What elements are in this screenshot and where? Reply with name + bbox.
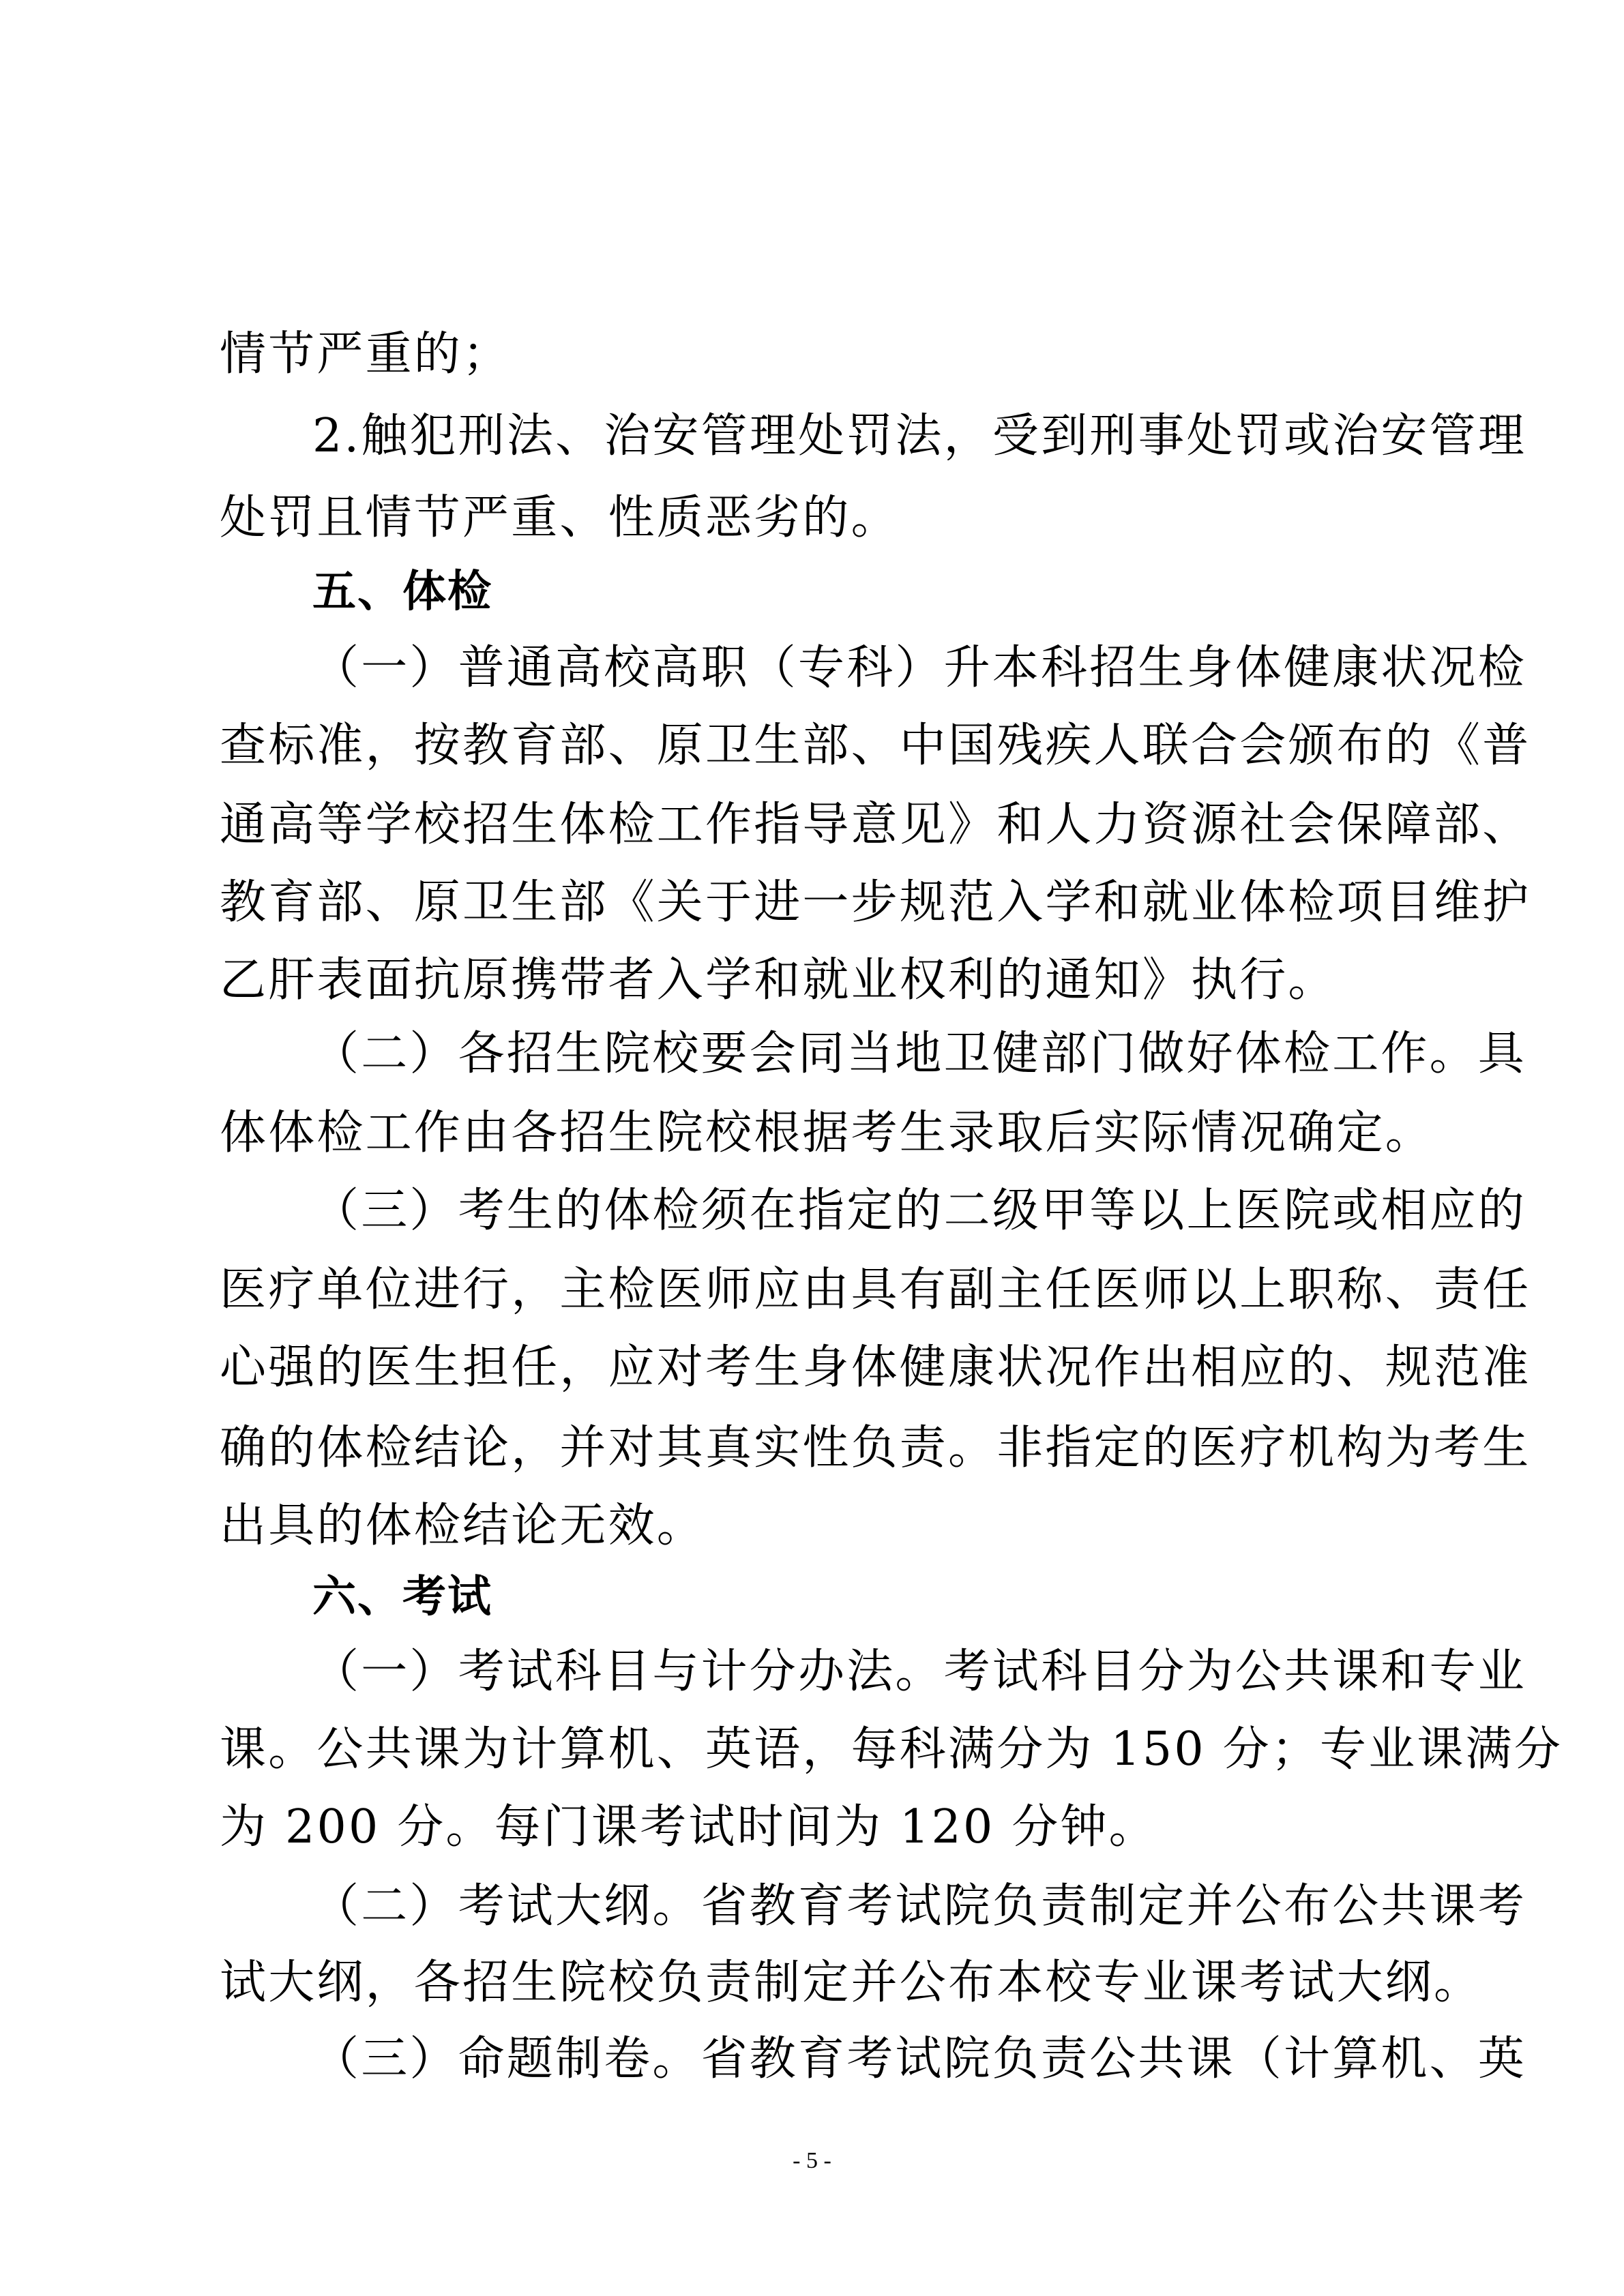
section-heading-physical-exam: 五、体检 (312, 565, 492, 619)
body-text-line: 确的体检结论，并对其真实性负责。非指定的医疗机构为考生 (220, 1421, 1420, 1476)
body-text-line: 通高等学校招生体检工作指导意见》和人力资源社会保障部、 (220, 798, 1420, 852)
body-text-line: 试大纲，各招生院校负责制定并公布本校专业课考试大纲。 (220, 1956, 1420, 2010)
body-text-line: 情节严重的； (220, 327, 1420, 382)
document-page: 情节严重的； 2.触犯刑法、治安管理处罚法，受到刑事处罚或治安管理 处罚且情节严… (0, 0, 1624, 2296)
body-text-line: 体体检工作由各招生院校根据考生录取后实际情况确定。 (220, 1106, 1420, 1161)
body-text-line: 为 200 分。每门课考试时间为 120 分钟。 (220, 1800, 1420, 1855)
body-text-line: 出具的体检结论无效。 (220, 1499, 1420, 1553)
body-text-line: 处罚且情节严重、性质恶劣的。 (220, 491, 1420, 546)
body-text-line: （二）各招生院校要会同当地卫健部门做好体检工作。具 (312, 1027, 1420, 1082)
body-text-line: 乙肝表面抗原携带者入学和就业权利的通知》执行。 (220, 953, 1420, 1008)
body-text-line: （二）考试大纲。省教育考试院负责制定并公布公共课考 (312, 1879, 1420, 1934)
page-number: - 5 - (0, 2148, 1624, 2174)
body-text-line: 医疗单位进行，主检医师应由具有副主任医师以上职称、责任 (220, 1263, 1420, 1317)
body-text-line: 心强的医生担任，应对考生身体健康状况作出相应的、规范准 (220, 1341, 1420, 1395)
body-text-line: 教育部、原卫生部《关于进一步规范入学和就业体检项目维护 (220, 876, 1420, 930)
body-text-line: （三）考生的体检须在指定的二级甲等以上医院或相应的 (312, 1184, 1420, 1238)
body-text-line: （一）考试科目与计分办法。考试科目分为公共课和专业 (312, 1645, 1420, 1699)
body-text-line: （一）普通高校高职（专科）升本科招生身体健康状况检 (312, 641, 1420, 696)
section-heading-exam: 六、考试 (312, 1570, 492, 1624)
body-text-line: （三）命题制卷。省教育考试院负责公共课（计算机、英 (312, 2032, 1420, 2087)
body-text-line: 课。公共课为计算机、英语，每科满分为 150 分；专业课满分 (220, 1723, 1420, 1777)
body-text-line: 2.触犯刑法、治安管理处罚法，受到刑事处罚或治安管理 (312, 409, 1420, 464)
body-text-line: 查标准，按教育部、原卫生部、中国残疾人联合会颁布的《普 (220, 719, 1420, 773)
